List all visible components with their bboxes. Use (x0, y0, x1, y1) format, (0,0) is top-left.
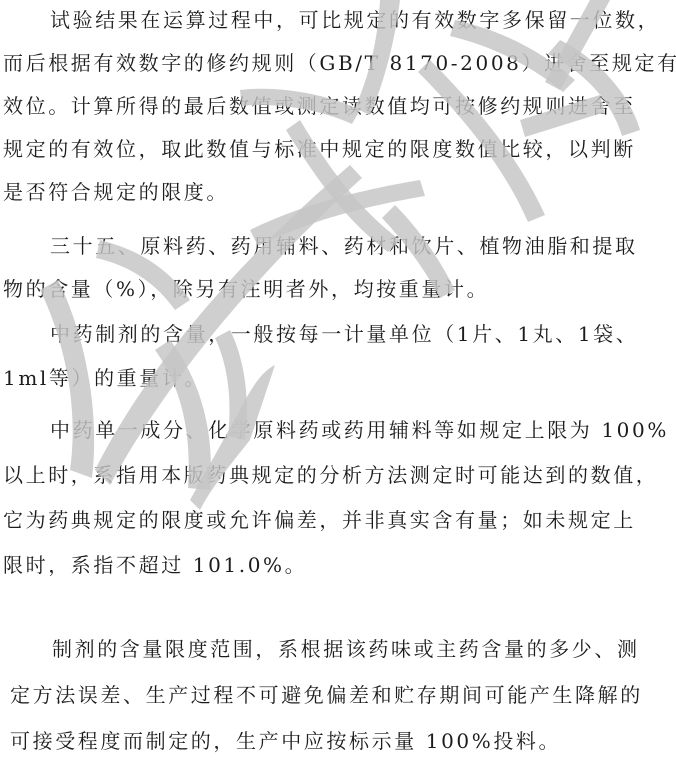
paragraph-5-line-3: 可接受程度而制定的，生产中应按标示量 100%投料。 (10, 729, 561, 753)
paragraph-4-line-2: 以上时，系指用本版药典规定的分析方法测定时可能达到的数值， (3, 463, 658, 487)
paragraph-1-line-2: 而后根据有效数字的修约规则（GB/T 8170-2008）进舍至规定有 (3, 51, 676, 75)
paragraph-4-line-1: 中药单一成分、化学原料药或药用辅料等如规定上限为 100% (50, 418, 669, 442)
paragraph-5-line-2: 定方法误差、生产过程不可避免偏差和贮存期间可能产生降解的 (10, 683, 643, 707)
paragraph-2-line-1: 三十五、原料药、药用辅料、药材和饮片、植物油脂和提取 (50, 234, 638, 258)
paragraph-4-line-4: 限时，系指不超过 101.0%。 (3, 553, 307, 577)
paragraph-3-line-2: 1ml等）的重量计。 (3, 366, 207, 390)
paragraph-2-line-2: 物的含量（%），除另有注明者外，均按重量计。 (3, 277, 489, 301)
paragraph-1-line-1: 试验结果在运算过程中，可比规定的有效数字多保留一位数， (50, 8, 660, 32)
paragraph-1-line-5: 是否符合规定的限度。 (3, 180, 229, 204)
paragraph-1-line-3: 效位。计算所得的最后数值或测定读数值均可按修约规则进舍至 (3, 94, 636, 118)
paragraph-5-line-1: 制剂的含量限度范围，系根据该药味或主药含量的多少、测 (52, 637, 640, 661)
paragraph-3-line-1: 中药制剂的含量，一般按每一计量单位（1片、1丸、1袋、 (50, 322, 638, 346)
paragraph-1-line-4: 规定的有效位，取此数值与标准中规定的限度数值比较，以判断 (3, 137, 636, 161)
document-page: 试验结果在运算过程中，可比规定的有效数字多保留一位数， 而后根据有效数字的修约规… (0, 0, 676, 774)
paragraph-4-line-3: 它为药典规定的限度或允许偏差，并非真实含有量；如未规定上 (3, 508, 636, 532)
